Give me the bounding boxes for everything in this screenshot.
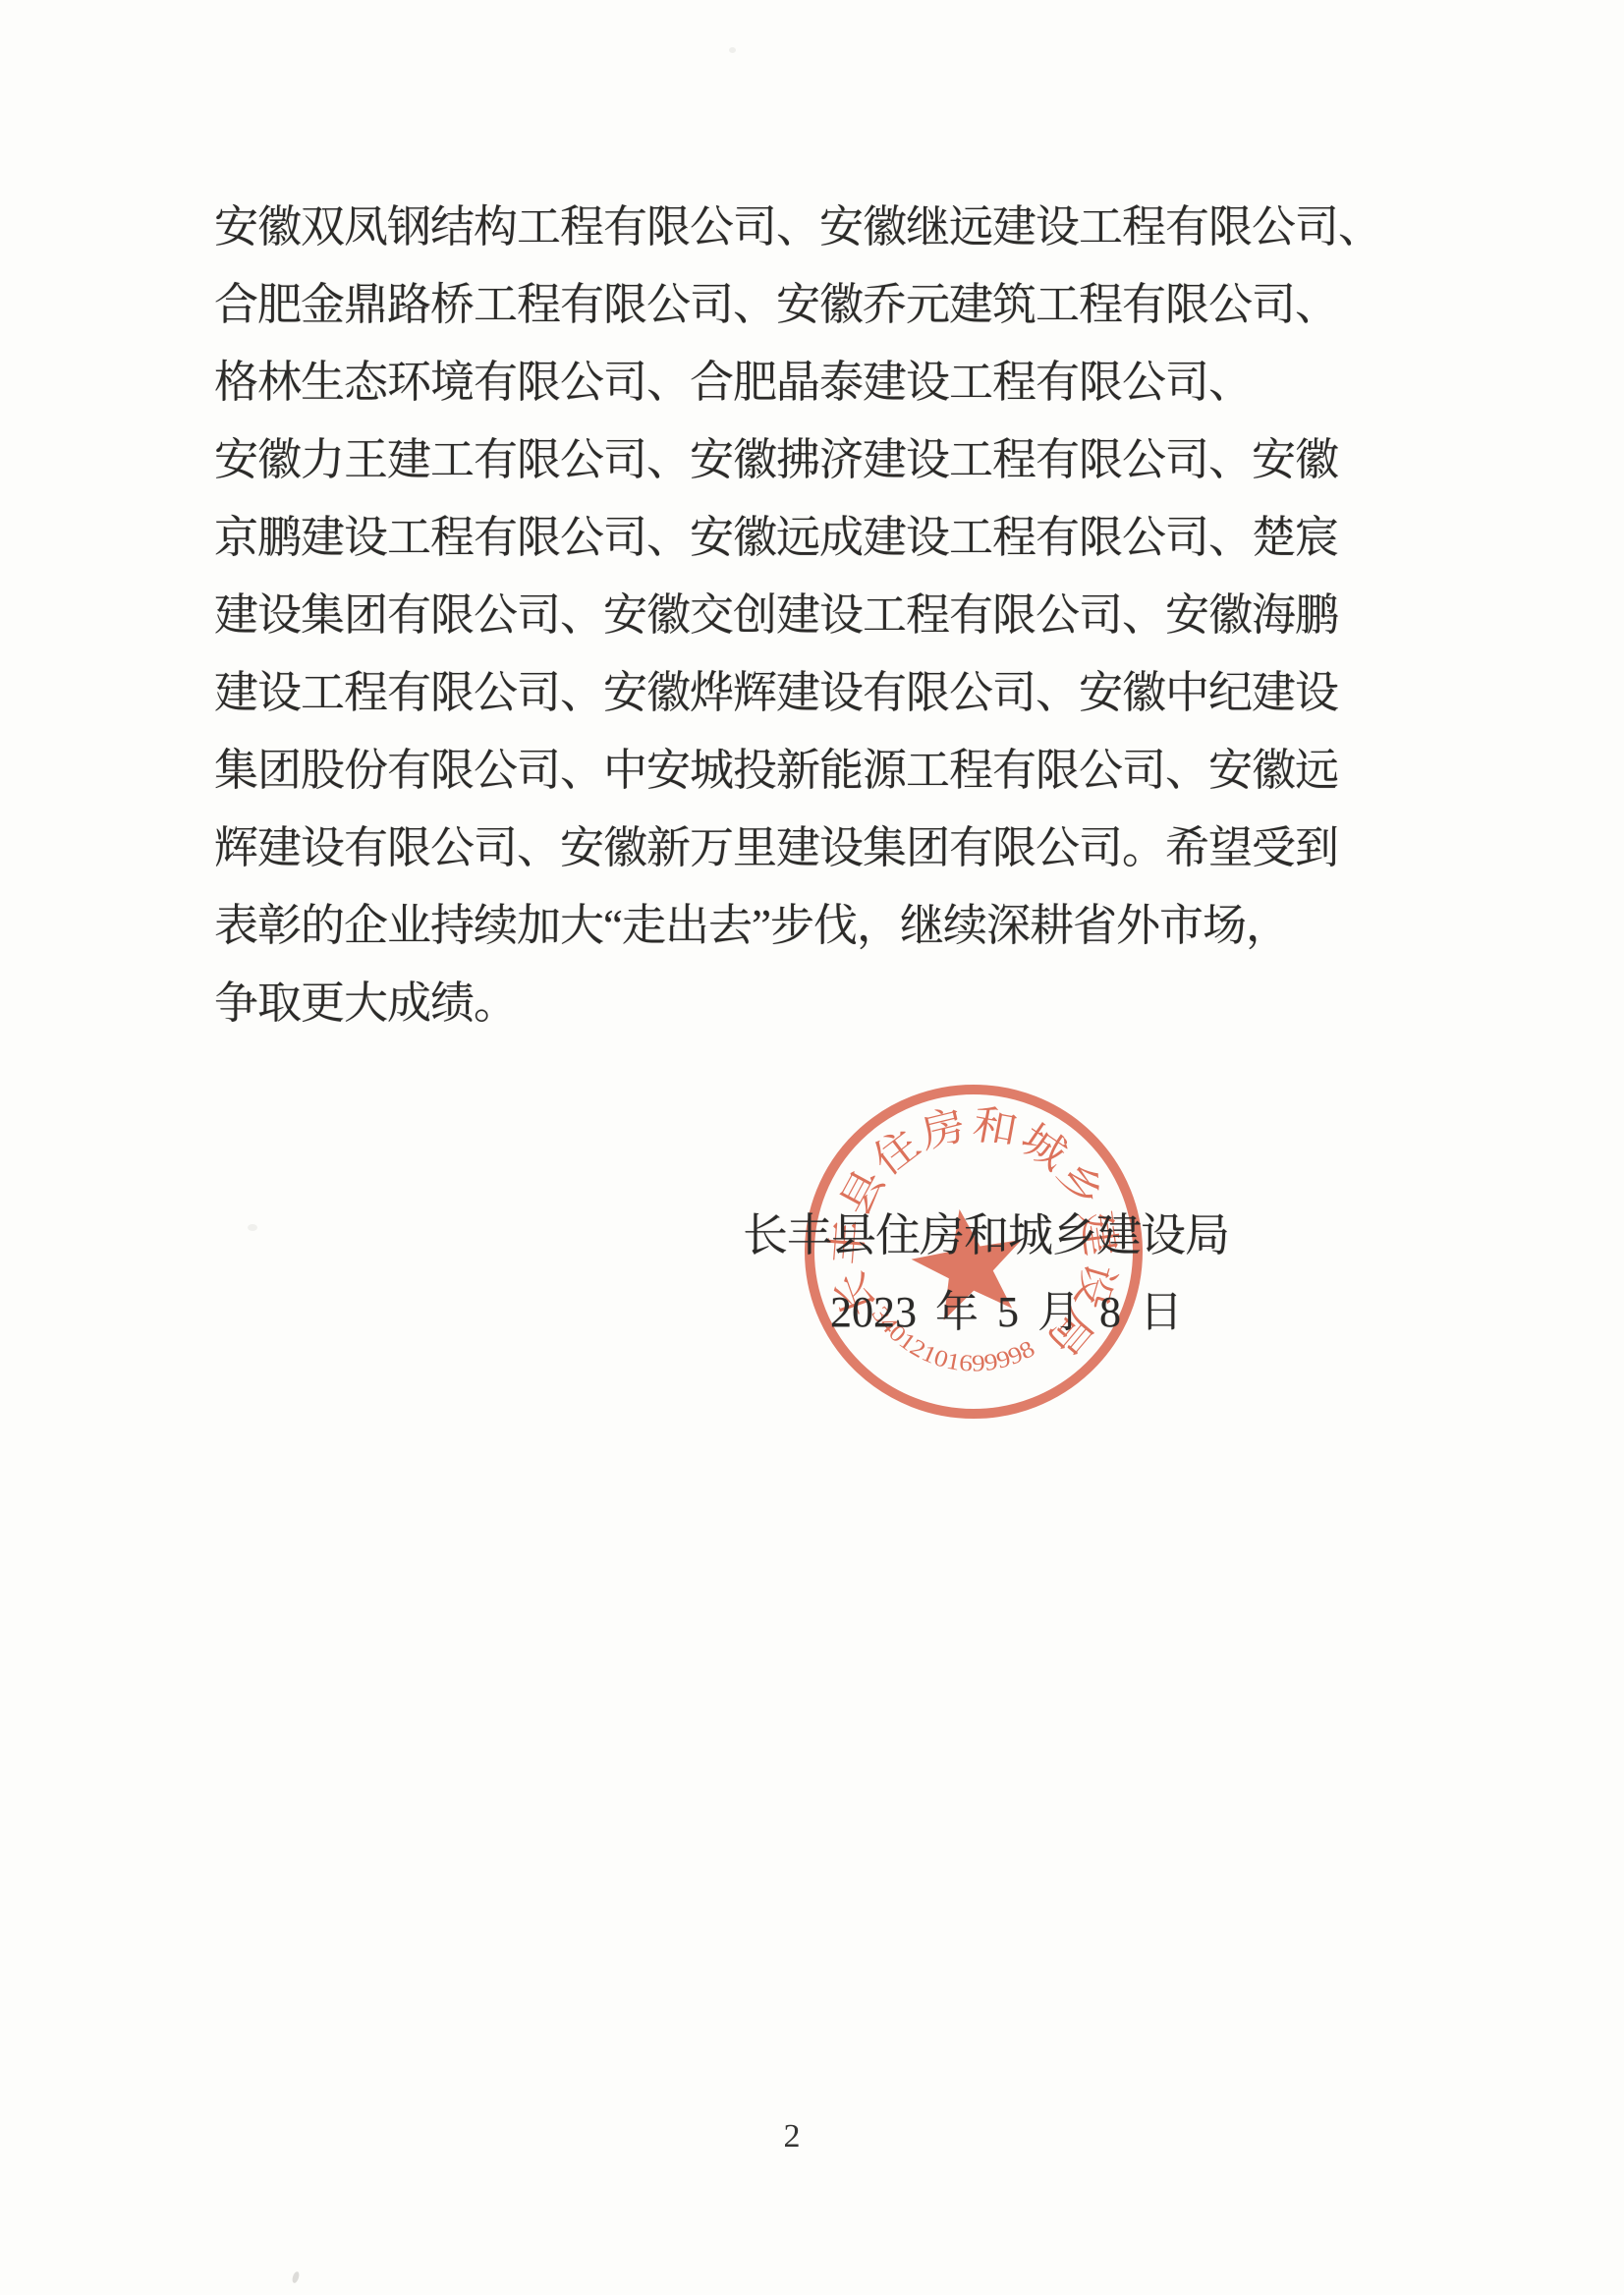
document-page: 安徽双凤钢结构工程有限公司、安徽继远建设工程有限公司、 合肥金鼎路桥工程有限公司…	[0, 0, 1624, 2295]
issuer-signature: 长丰县住房和城乡建设局	[743, 1200, 1229, 1264]
body-paragraph-line: 建设集团有限公司、安徽交创建设工程有限公司、安徽海鹏	[214, 577, 1393, 654]
body-paragraph-line: 京鹏建设工程有限公司、安徽远成建设工程有限公司、楚宸	[214, 499, 1393, 577]
body-paragraph: 安徽双凤钢结构工程有限公司、安徽继远建设工程有限公司、 合肥金鼎路桥工程有限公司…	[214, 189, 1393, 1042]
body-paragraph-line: 建设工程有限公司、安徽烨辉建设有限公司、安徽中纪建设	[214, 654, 1393, 732]
body-paragraph-line: 争取更大成绩。	[214, 965, 1393, 1042]
scan-speck	[291, 2270, 300, 2283]
page-number: 2	[762, 2118, 821, 2155]
issue-date: 2023 年 5 月 8 日	[830, 1276, 1183, 1339]
scan-speck	[248, 1224, 257, 1231]
body-paragraph-line: 辉建设有限公司、安徽新万里建设集团有限公司。希望受到	[214, 810, 1393, 887]
body-paragraph-line: 合肥金鼎路桥工程有限公司、安徽乔元建筑工程有限公司、	[214, 266, 1393, 344]
body-paragraph-line: 表彰的企业持续加大“走出去”步伐，继续深耕省外市场，	[214, 887, 1393, 965]
body-paragraph-line: 安徽力王建工有限公司、安徽拂济建设工程有限公司、安徽	[214, 421, 1393, 499]
body-paragraph-line: 格林生态环境有限公司、合肥晶泰建设工程有限公司、	[214, 344, 1393, 421]
body-paragraph-line: 安徽双凤钢结构工程有限公司、安徽继远建设工程有限公司、	[214, 189, 1393, 266]
body-paragraph-line: 集团股份有限公司、中安城投新能源工程有限公司、安徽远	[214, 732, 1393, 810]
scan-speck	[729, 47, 736, 53]
